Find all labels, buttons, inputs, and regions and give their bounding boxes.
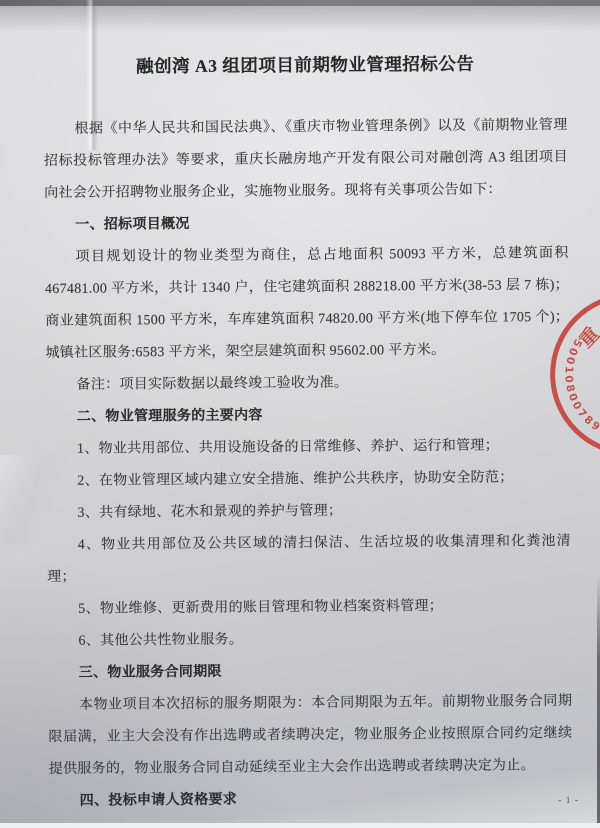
contract-paragraph: 本物业项目本次招标的服务期限为：本合同期限为五年。前期物业服务合同期限届满，业主… — [48, 686, 573, 786]
section-qualification-heading: 四、投标申请人资格要求 — [49, 782, 573, 818]
service-item-5: 5、物业维修、更新费用的账目管理和物业档案资料管理； — [47, 590, 571, 626]
photo-bottom-edge — [0, 823, 600, 828]
company-seal: 5001080078951 重庆 — [539, 277, 600, 468]
section-overview-heading: 一、招标项目概况 — [44, 206, 568, 242]
service-item-1: 1、物业共用部位、共用设施设备的日常维修、养护、运行和管理； — [46, 430, 570, 466]
overview-note: 备注：项目实际数据以最终竣工验收为准。 — [46, 366, 570, 402]
paper-sheet: 融创湾 A3 组团项目前期物业管理招标公告 根据《中华人民共和国民法典》、《重庆… — [0, 0, 600, 828]
seal-code-text: 5001080078951 — [562, 336, 600, 442]
service-item-4: 4、物业共用部位及公共区域的清扫保洁、生活垃圾的收集清理和化粪池清理； — [47, 526, 571, 594]
service-item-2: 2、在物业管理区域内建立安全措施、维护公共秩序，协助安全防范； — [46, 462, 570, 498]
service-item-6: 6、其他公共性物业服务。 — [48, 622, 572, 658]
document-body: 融创湾 A3 组团项目前期物业管理招标公告 根据《中华人民共和国民法典》、《重庆… — [0, 0, 600, 828]
section-contract-heading: 三、物业服务合同期限 — [48, 654, 572, 690]
overview-paragraph: 项目规划设计的物业类型为商住，总占地面积 50093 平方米，总建筑面积 467… — [45, 238, 570, 370]
page-number: - 1 - — [558, 796, 579, 806]
service-item-3: 3、共有绿地、花木和景观的养护与管理； — [47, 494, 571, 530]
intro-paragraph: 根据《中华人民共和国民法典》、《重庆市物业管理条例》以及《前期物业管理招标投标管… — [44, 110, 569, 210]
section-services-heading: 二、物业管理服务的主要内容 — [46, 398, 570, 434]
doc-title: 融创湾 A3 组团项目前期物业管理招标公告 — [43, 48, 567, 82]
